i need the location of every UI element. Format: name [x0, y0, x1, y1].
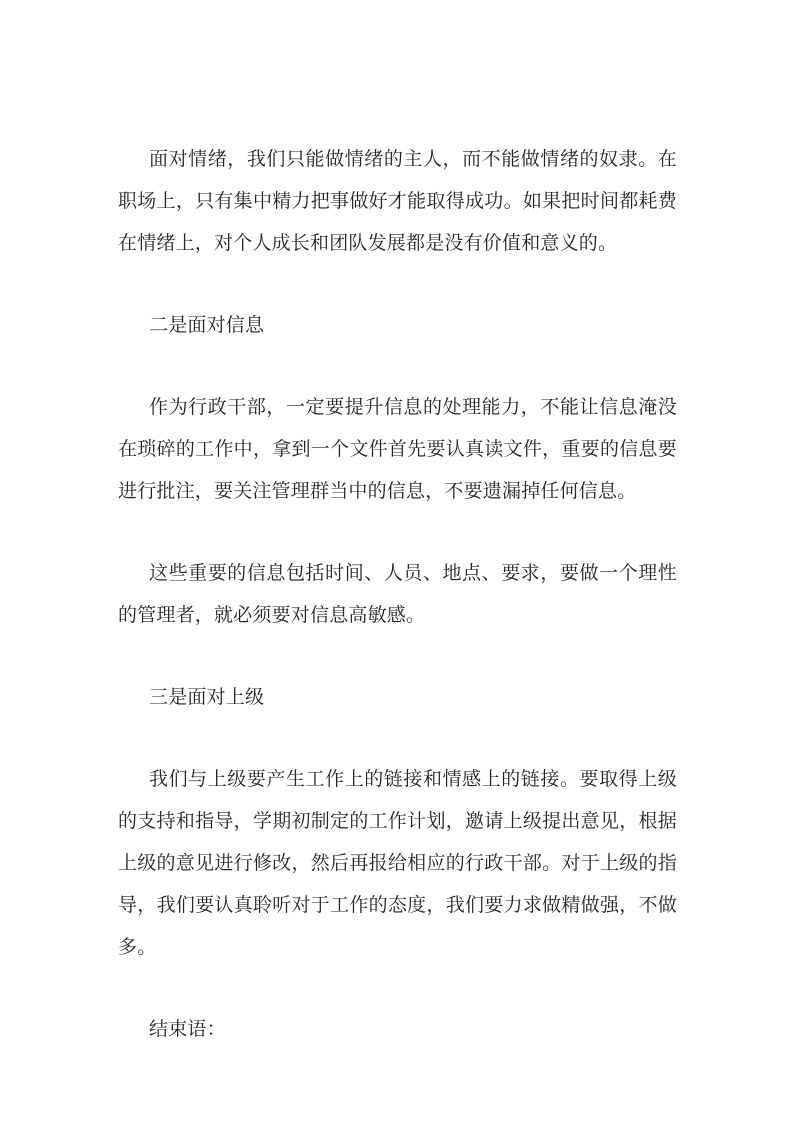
- document-content: 面对情绪，我们只能做情绪的主人，而不能做情绪的奴隶。在职场上，只有集中精力把事做…: [0, 0, 793, 1051]
- section-heading-superiors: 三是面对上级: [118, 677, 677, 719]
- section-heading-information: 二是面对信息: [118, 305, 677, 347]
- closing-label: 结束语：: [118, 1009, 677, 1051]
- document-page: 面对情绪，我们只能做情绪的主人，而不能做情绪的奴隶。在职场上，只有集中精力把事做…: [0, 0, 793, 1122]
- paragraph-key-information: 这些重要的信息包括时间、人员、地点、要求，要做一个理性的管理者，就必须要对信息高…: [118, 553, 677, 637]
- paragraph-emotions: 面对情绪，我们只能做情绪的主人，而不能做情绪的奴隶。在职场上，只有集中精力把事做…: [118, 139, 677, 265]
- paragraph-superiors: 我们与上级要产生工作上的链接和情感上的链接。要取得上级的支持和指导，学期初制定的…: [118, 759, 677, 969]
- paragraph-information-handling: 作为行政干部，一定要提升信息的处理能力，不能让信息淹没在琐碎的工作中，拿到一个文…: [118, 387, 677, 513]
